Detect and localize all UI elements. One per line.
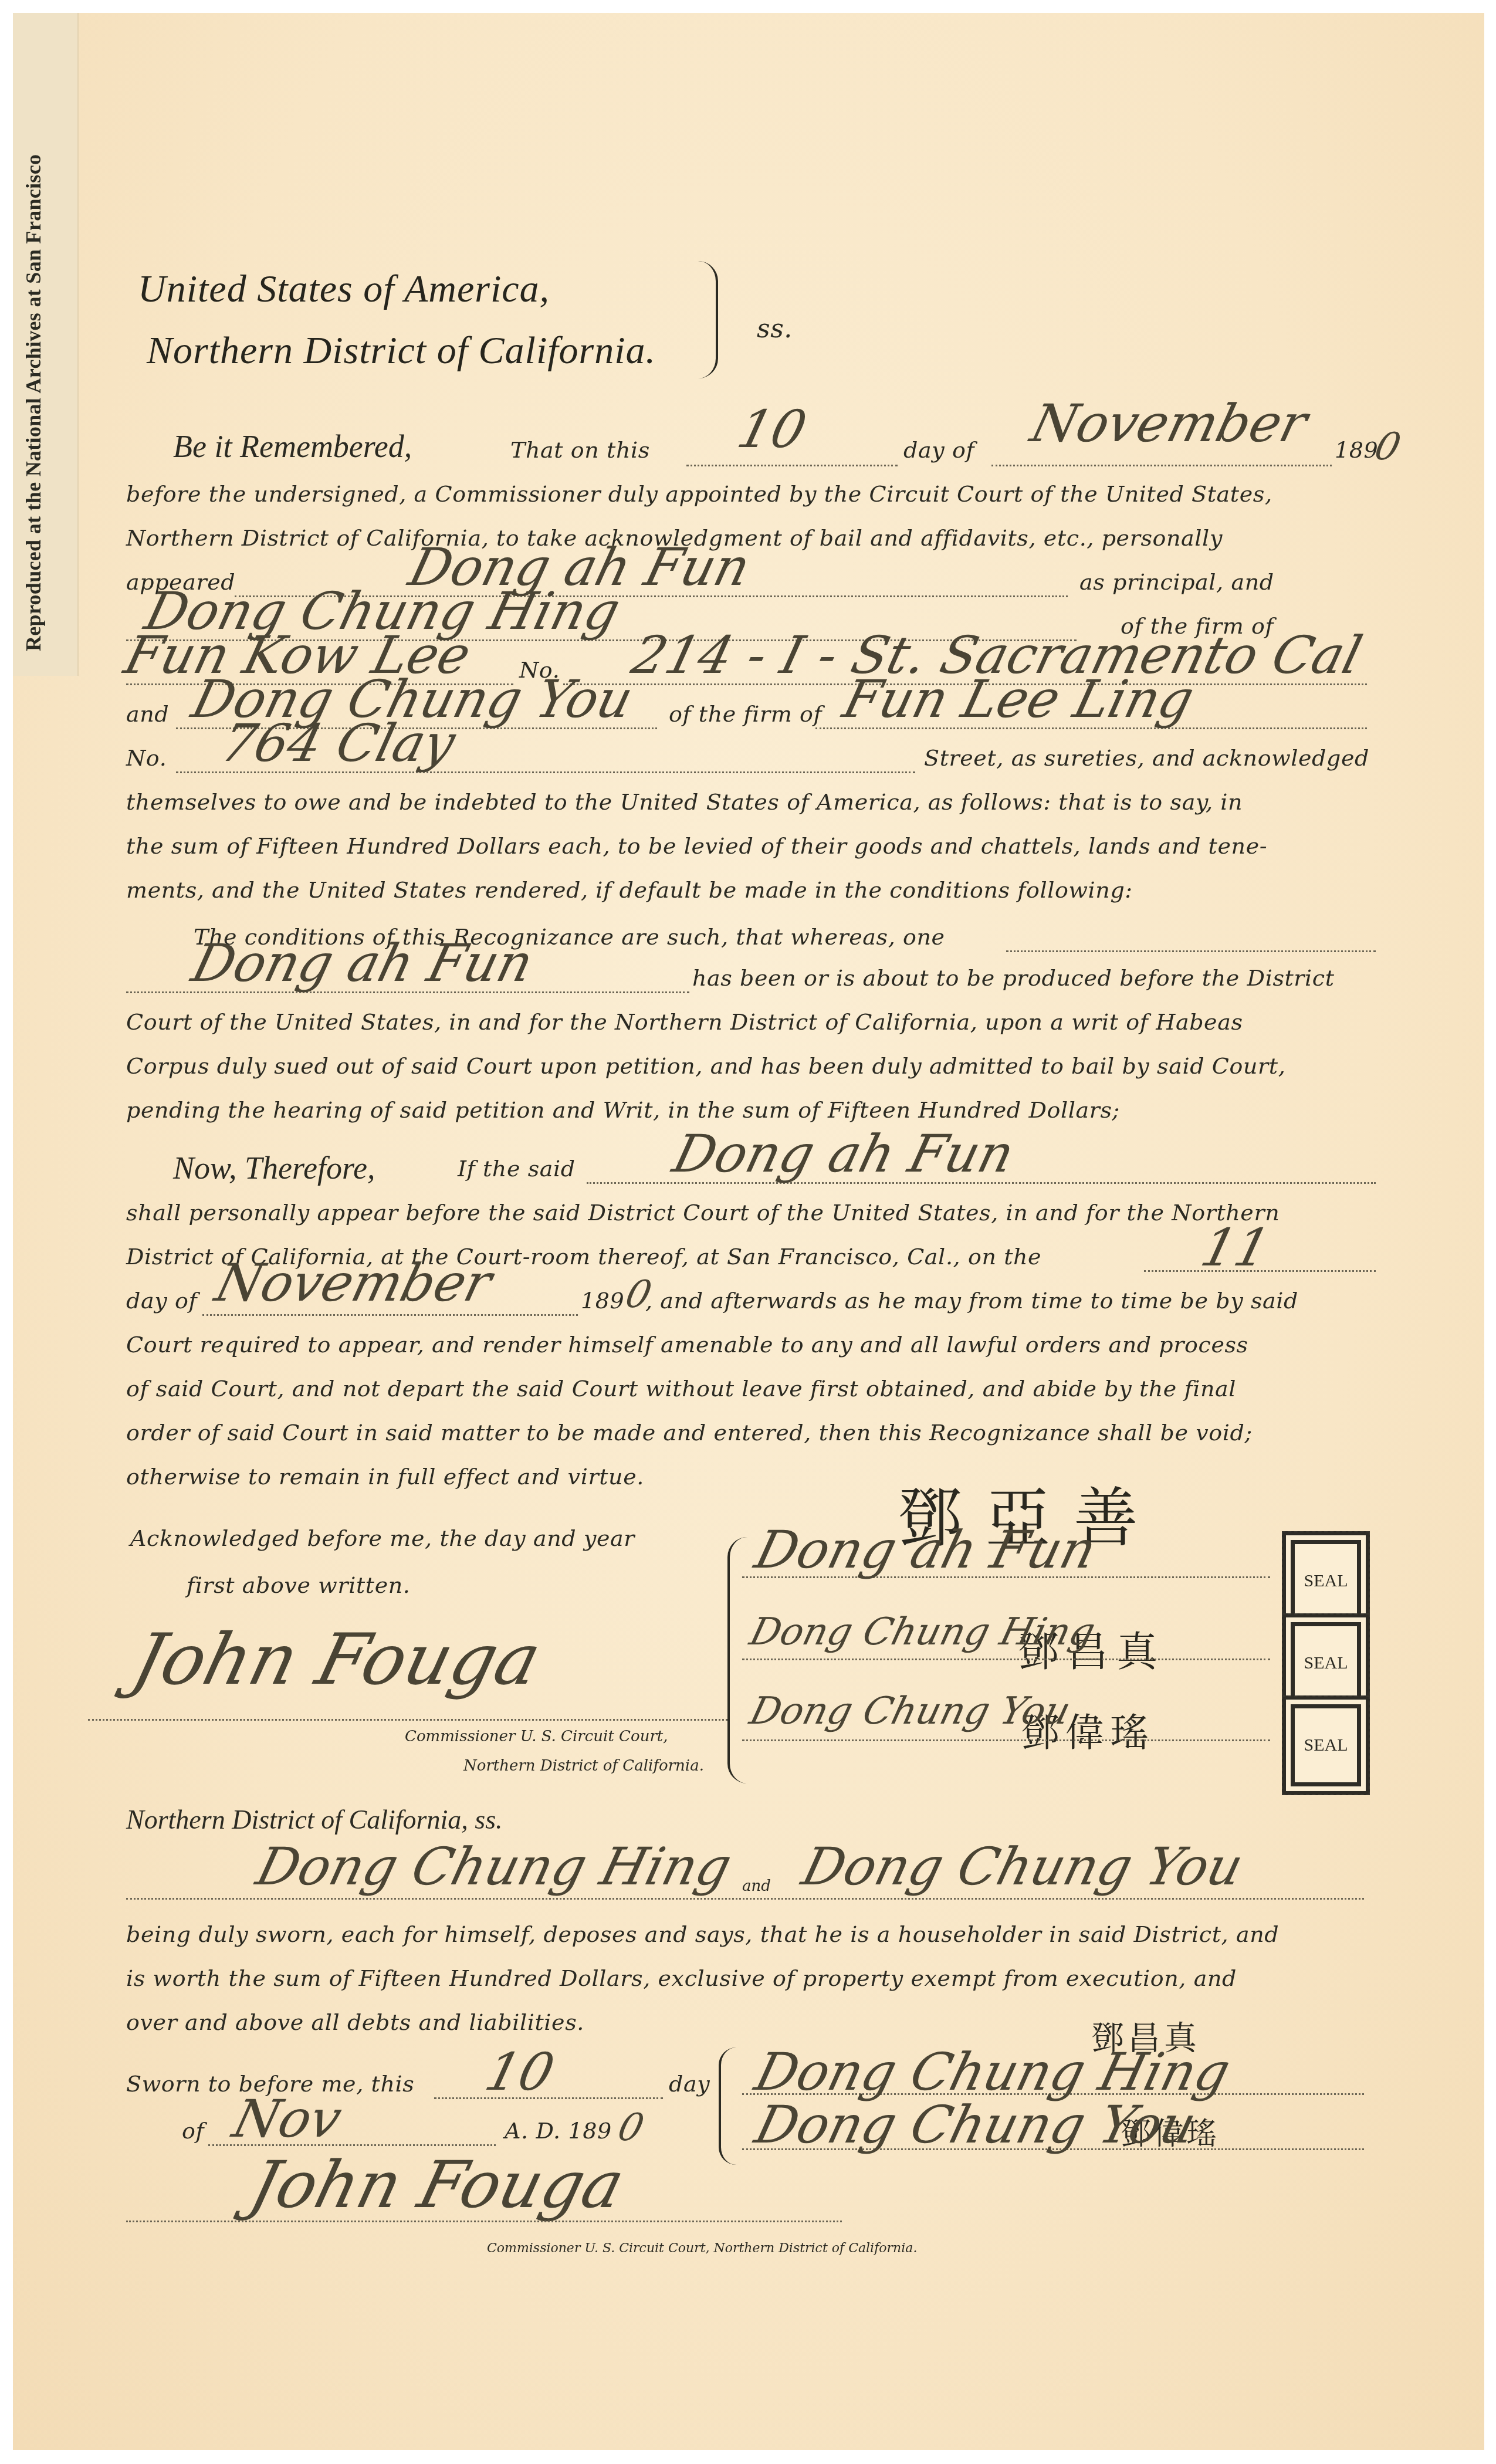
signature-3-name: Dong Chung You <box>746 1690 1075 1733</box>
rec-line-sum: the sum of Fifteen Hundred Dollars each,… <box>126 833 1267 859</box>
cond-person-name: Dong ah Fun <box>186 933 539 993</box>
appear-month: November <box>209 1253 497 1313</box>
sworn-ad: A. D. 189 <box>505 2118 612 2144</box>
ack-commissioner-signature: John Fouga <box>125 1619 549 1701</box>
year-printed-2: 189 <box>581 1288 624 1314</box>
therefore-line7: order of said Court in said matter to be… <box>126 1420 1253 1446</box>
month-line <box>991 465 1332 466</box>
month-value: November <box>1025 393 1313 453</box>
affidavit-signer-2-name: Dong Chung You <box>749 2094 1202 2155</box>
street-suffix: Street, as sureties, and acknowledged <box>924 745 1369 771</box>
affidavit-line1: being duly sworn, each for himself, depo… <box>126 1921 1279 1947</box>
affidavit-commissioner-line <box>126 2221 842 2222</box>
therefore-lead: Now, Therefore, <box>173 1150 375 1186</box>
that-on-this: That on this <box>510 437 650 463</box>
and-label: and <box>126 701 169 727</box>
therefore-line5: Court required to appear, and render him… <box>126 1332 1248 1358</box>
affidavit-surety1: Dong Chung Hing <box>251 1836 737 1897</box>
header-ss: ss. <box>757 314 793 344</box>
cond-line2: has been or is about to be produced befo… <box>692 965 1335 991</box>
no-label-2: No. <box>126 745 167 771</box>
seal-3-label: SEAL <box>1304 1735 1348 1755</box>
affidavit-line3: over and above all debts and liabilities… <box>126 2009 584 2035</box>
as-principal: as principal, and <box>1079 569 1274 595</box>
archive-stamp: Reproduced at the National Archives at S… <box>21 154 46 651</box>
signature-2-name: Dong Chung Hing <box>746 1610 1099 1654</box>
ack-line1: Acknowledged before me, the day and year <box>130 1525 635 1551</box>
sworn-day-line <box>434 2097 663 2099</box>
seal-2-label: SEAL <box>1304 1653 1348 1673</box>
affidavit-signer-1-name: Dong Chung Hing <box>749 2042 1236 2102</box>
appear-month-line <box>202 1314 578 1316</box>
seal-1-label: SEAL <box>1304 1571 1348 1591</box>
affidavit-heading: Northern District of California, ss. <box>126 1804 503 1835</box>
header-line1: United States of America, <box>138 267 550 312</box>
signature-3-line <box>742 1739 1270 1741</box>
header-line2: Northern District of California. <box>147 329 656 373</box>
day-line <box>686 465 898 466</box>
ack-title1: Commissioner U. S. Circuit Court, <box>405 1728 668 1745</box>
therefore-line2: shall personally appear before the said … <box>126 1200 1280 1226</box>
sworn-day-label: day <box>669 2071 710 2097</box>
cond-line5: pending the hearing of said petition and… <box>126 1097 1120 1123</box>
recognizance-lead: Be it Remembered, <box>173 428 412 465</box>
surety2-address: 764 Clay <box>215 713 461 773</box>
ack-signature-line <box>88 1719 727 1721</box>
cond-line4: Corpus duly sued out of said Court upon … <box>126 1053 1285 1079</box>
header-brace <box>698 261 718 378</box>
therefore-line6: of said Court, and not depart the said C… <box>126 1376 1236 1402</box>
ack-line2: first above written. <box>187 1572 411 1598</box>
cond-line1-blank <box>1006 950 1376 952</box>
sworn-of-label: of <box>182 2118 204 2144</box>
cond-line3: Court of the United States, in and for t… <box>126 1009 1243 1035</box>
if-the-said: If the said <box>458 1156 576 1182</box>
affidavit-and: and <box>742 1877 771 1895</box>
therefore-person-name: Dong ah Fun <box>667 1123 1020 1184</box>
affidavit-commissioner-signature: John Fouga <box>243 2147 631 2222</box>
affidavit-brace <box>719 2047 736 2165</box>
ack-title2: Northern District of California. <box>463 1757 704 1775</box>
day-of-label: day of <box>903 437 974 463</box>
signature-2-line <box>742 1659 1270 1660</box>
affidavit-line2: is worth the sum of Fifteen Hundred Doll… <box>126 1965 1237 1991</box>
rec-line-owe: themselves to owe and be indebted to the… <box>126 789 1243 815</box>
rec-line2: before the undersigned, a Commissioner d… <box>126 481 1272 507</box>
affidavit-commissioner-title: Commissioner U. S. Circuit Court, Northe… <box>487 2241 917 2256</box>
surety2-firm: Fun Lee Ling <box>837 669 1200 729</box>
signature-1-name: Dong ah Fun <box>749 1519 1102 1580</box>
therefore-line8: otherwise to remain in full effect and v… <box>126 1464 644 1490</box>
sworn-month: Nov <box>227 2089 347 2149</box>
rec-line-ments: ments, and the United States rendered, i… <box>126 877 1133 903</box>
affidavit-surety2: Dong Chung You <box>796 1836 1249 1897</box>
affidavit-sureties-line <box>126 1898 1364 1900</box>
seal-3: SEAL <box>1282 1695 1370 1795</box>
therefore-line4-rest: , and afterwards as he may from time to … <box>645 1288 1298 1314</box>
day-of-label-2: day of <box>126 1288 197 1314</box>
signature-brace <box>727 1537 747 1783</box>
of-the-firm-label-2: of the firm of <box>669 701 822 727</box>
year-printed: 189 <box>1335 437 1378 463</box>
